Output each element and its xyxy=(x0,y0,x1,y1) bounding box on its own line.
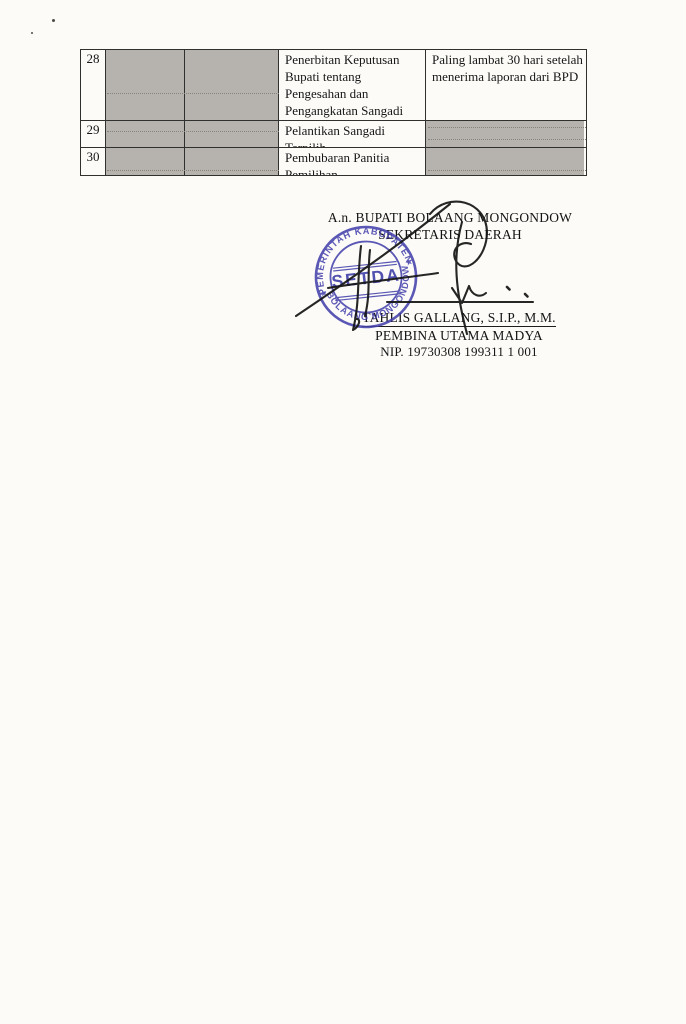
activity-cell: Pembubaran Panitia Pemilihan xyxy=(279,148,426,175)
schedule-table: 28 Penerbitan Keputusan Bupati tentang P… xyxy=(80,49,587,176)
activity-text: Pengesahan dan xyxy=(285,85,422,102)
dotted-artifact xyxy=(107,93,279,94)
activity-text: Pengangkatan Sangadi xyxy=(285,102,422,119)
scanned-document-page: 28 Penerbitan Keputusan Bupati tentang P… xyxy=(0,0,686,1024)
dotted-artifact xyxy=(107,131,279,132)
table-row: 28 Penerbitan Keputusan Bupati tentang P… xyxy=(81,50,586,121)
activity-text: Pemilihan xyxy=(285,166,422,175)
note-cell: Paling lambat 30 hari setelah menerima l… xyxy=(426,50,584,120)
scan-speck xyxy=(52,19,55,22)
dotted-artifact xyxy=(428,170,586,171)
signature-stroke xyxy=(328,273,438,288)
signature-dot xyxy=(507,287,510,290)
activity-cell: Pelantikan Sangadi Terpilih xyxy=(279,121,426,147)
handwritten-signature xyxy=(290,190,570,350)
timeline-cell xyxy=(106,121,185,147)
signature-dot xyxy=(525,294,528,297)
activity-text: Terpilih xyxy=(285,139,422,147)
note-text: Paling lambat 30 hari setelah xyxy=(432,51,581,68)
row-number-cell: 29 xyxy=(81,121,106,147)
dotted-artifact xyxy=(107,170,279,171)
row-number-cell: 28 xyxy=(81,50,106,120)
note-text: menerima laporan dari BPD xyxy=(432,68,581,85)
timeline-cell xyxy=(185,121,279,147)
signature-stroke xyxy=(353,246,361,330)
row-number-cell: 30 xyxy=(81,148,106,175)
dotted-artifact xyxy=(428,127,586,128)
activity-text: Pelantikan Sangadi xyxy=(285,122,422,139)
activity-text: Penerbitan Keputusan xyxy=(285,51,422,68)
activity-text: Bupati tentang xyxy=(285,68,422,85)
activity-text: Pembubaran Panitia xyxy=(285,149,422,166)
note-cell xyxy=(426,121,584,147)
scan-speck xyxy=(31,32,33,34)
activity-cell: Penerbitan Keputusan Bupati tentang Peng… xyxy=(279,50,426,120)
dotted-artifact xyxy=(428,139,586,140)
signature-stroke xyxy=(296,204,450,316)
timeline-cell xyxy=(106,50,185,120)
signature-stroke xyxy=(456,222,467,334)
table-row: 29 Pelantikan Sangadi Terpilih xyxy=(81,121,586,148)
timeline-cell xyxy=(185,50,279,120)
